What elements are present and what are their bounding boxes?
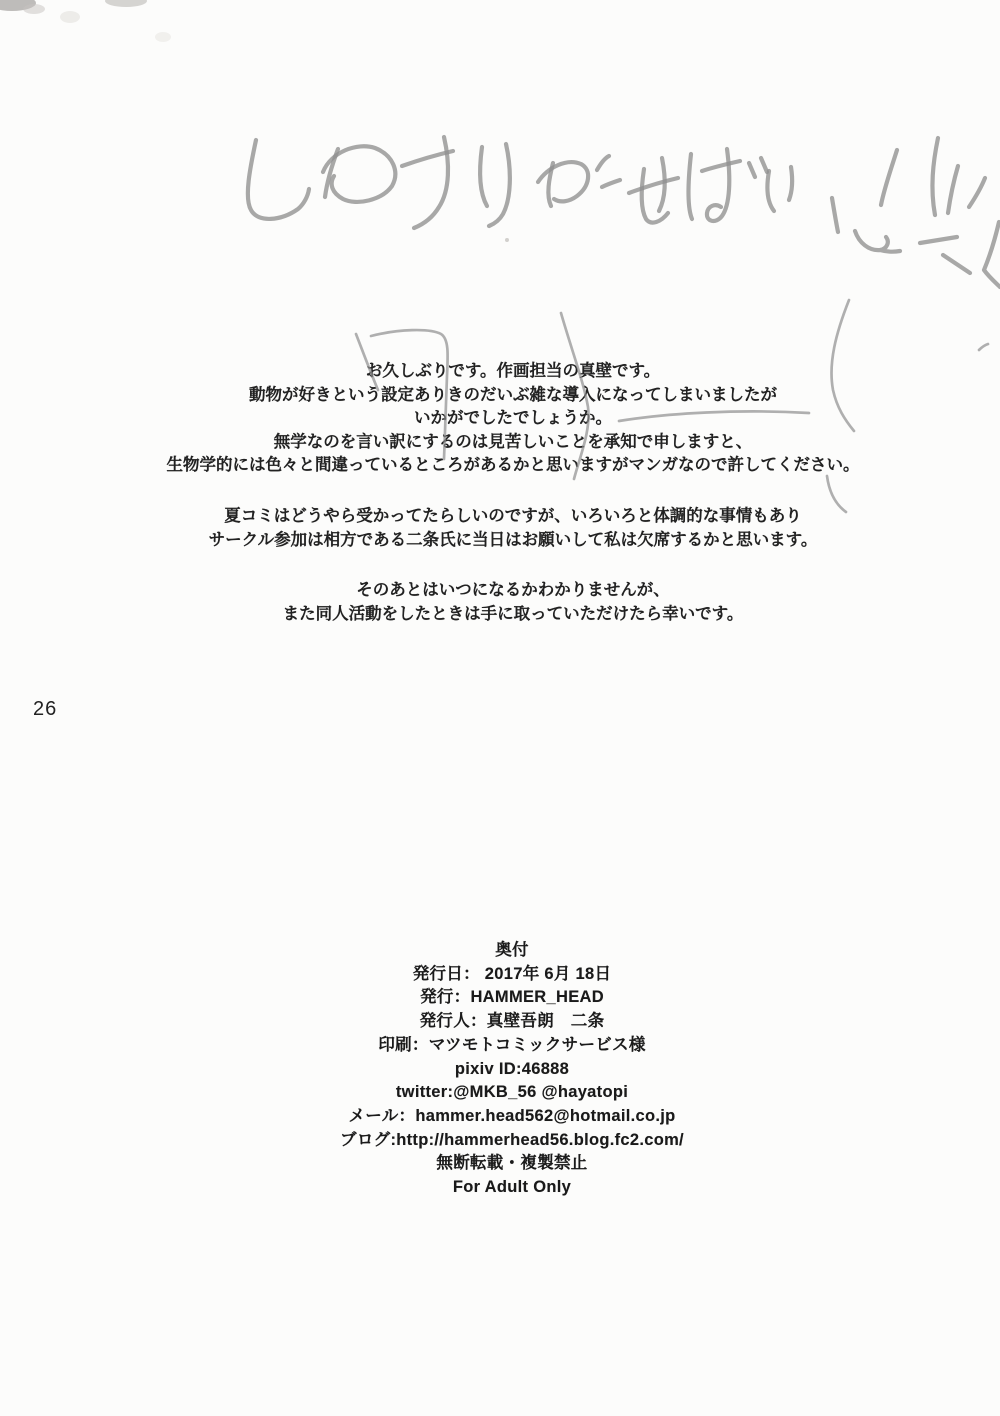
afterword-line: サークル参加は相方である二条氏に当日はお願いして私は欠席するかと思います。 bbox=[13, 529, 1000, 553]
colophon-title: 奥付 bbox=[0, 939, 1000, 963]
afterword-line: 動物が好きという設定ありきのだいぶ雑な導入になってしまいましたが bbox=[13, 384, 1000, 408]
afterword-line: 生物学的には色々と間違っているところがあるかと思いますがマンガなので許してくださ… bbox=[13, 454, 1000, 478]
colophon-line: 発行日： 2017年 6月 18日 bbox=[0, 963, 1000, 987]
scanned-page: 26 お久しぶりです。作画担当の真壁です。動物が好きという設定ありきのだいぶ雑な… bbox=[0, 0, 1000, 1416]
afterword-paragraph: 夏コミはどうやら受かってたらしいのですが、いろいろと体調的な事情もありサークル参… bbox=[13, 505, 1000, 552]
colophon-line: 発行人：真壁吾朗 二条 bbox=[0, 1010, 1000, 1034]
colophon-line: pixiv ID:46888 bbox=[0, 1058, 1000, 1082]
afterword-line: 無学なのを言い訳にするのは見苦しいことを承知で申しますと、 bbox=[13, 431, 1000, 455]
scan-artifacts bbox=[0, 0, 509, 242]
colophon-line: メール：hammer.head562@hotmail.co.jp bbox=[0, 1105, 1000, 1129]
afterword-line: いかがでしたでしょうか。 bbox=[13, 407, 1000, 431]
afterword: お久しぶりです。作画担当の真壁です。動物が好きという設定ありきのだいぶ雑な導入に… bbox=[13, 360, 1000, 653]
colophon-line: twitter:@MKB_56 @hayatopi bbox=[0, 1081, 1000, 1105]
page-number: 26 bbox=[33, 698, 57, 721]
handwritten-note bbox=[248, 137, 1000, 287]
colophon-line: 無断転載・複製禁止 bbox=[0, 1152, 1000, 1176]
colophon: 奥付 発行日： 2017年 6月 18日発行：HAMMER_HEAD発行人：真壁… bbox=[0, 939, 1000, 1200]
afterword-line: お久しぶりです。作画担当の真壁です。 bbox=[13, 360, 1000, 384]
afterword-paragraph: お久しぶりです。作画担当の真壁です。動物が好きという設定ありきのだいぶ雑な導入に… bbox=[13, 360, 1000, 478]
afterword-line: そのあとはいつになるかわかりませんが、 bbox=[13, 579, 1000, 603]
afterword-line: 夏コミはどうやら受かってたらしいのですが、いろいろと体調的な事情もあり bbox=[13, 505, 1000, 529]
colophon-line: ブログ:http://hammerhead56.blog.fc2.com/ bbox=[0, 1129, 1000, 1153]
colophon-line: For Adult Only bbox=[0, 1176, 1000, 1200]
afterword-line: また同人活動をしたときは手に取っていただけたら幸いです。 bbox=[13, 603, 1000, 627]
colophon-line: 印刷：マツモトコミックサービス様 bbox=[0, 1034, 1000, 1058]
pencil-overlay bbox=[0, 0, 1000, 1416]
colophon-line: 発行：HAMMER_HEAD bbox=[0, 986, 1000, 1010]
afterword-paragraph: そのあとはいつになるかわかりませんが、また同人活動をしたときは手に取っていただけ… bbox=[13, 579, 1000, 626]
colophon-lines: 発行日： 2017年 6月 18日発行：HAMMER_HEAD発行人：真壁吾朗 … bbox=[0, 963, 1000, 1200]
